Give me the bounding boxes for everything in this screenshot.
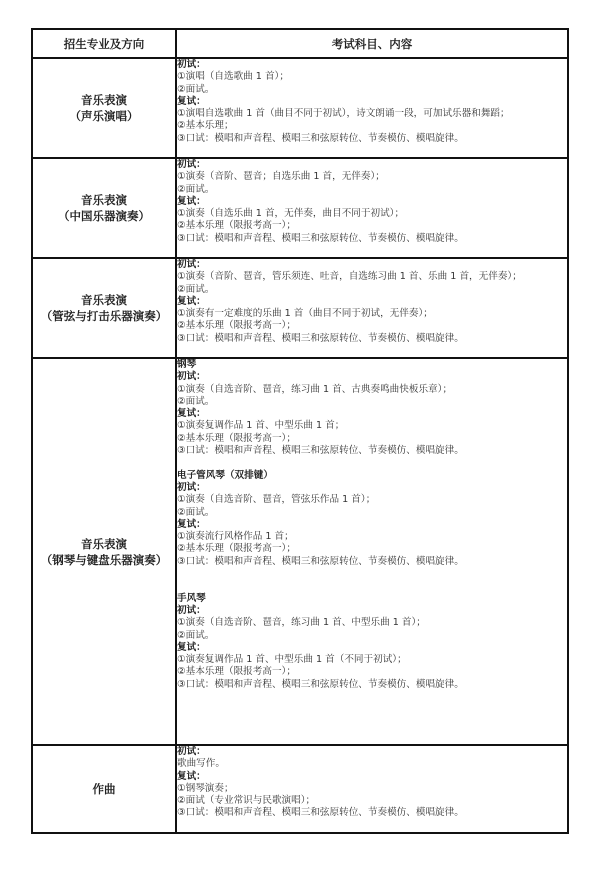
section-heading: 初试： [177, 59, 567, 71]
section-heading: 电子管风琴（双排键） [177, 470, 567, 482]
content-line: ③口试：模唱和声音程、模唱三和弦原转位、节奏模仿、模唱旋律。 [177, 445, 567, 457]
content-line: ①钢琴演奏； [177, 783, 567, 795]
major-label: （声乐演唱） [33, 108, 175, 124]
content-line: ①演唱自选歌曲 1 首（曲目不同于初试），诗文朗诵一段，可加试乐器和舞蹈； [177, 108, 567, 120]
section-heading: 初试： [177, 371, 567, 383]
content-line: ③口试：模唱和声音程、模唱三和弦原转位、节奏模仿、模唱旋律。 [177, 679, 567, 691]
content-line: ①演奏流行风格作品 1 首； [177, 531, 567, 543]
content-line: ①演奏复调作品 1 首、中型乐曲 1 首（不同于初试）； [177, 654, 567, 666]
major-label: （管弦与打击乐器演奏） [33, 308, 175, 324]
spacer [177, 457, 567, 469]
table-row: 音乐表演（钢琴与键盘乐器演奏）钢琴初试：①演奏（自选音阶、琶音，练习曲 1 首、… [32, 358, 568, 745]
section-heading: 初试： [177, 159, 567, 171]
section-heading: 复试： [177, 408, 567, 420]
major-label: （中国乐器演奏） [33, 208, 175, 224]
content-line: ②基本乐理（限报考高一）； [177, 220, 567, 232]
content-line: ①演奏复调作品 1 首、中型乐曲 1 首； [177, 420, 567, 432]
major-label: 音乐表演 [33, 192, 175, 208]
content-line: ②面试（专业常识与民歌演唱）； [177, 795, 567, 807]
content-line: ②基本乐理； [177, 120, 567, 132]
content-line: ②面试。 [177, 284, 567, 296]
content-line: 歌曲写作。 [177, 758, 567, 770]
header-major: 招生专业及方向 [32, 29, 176, 58]
major-label: 音乐表演 [33, 92, 175, 108]
content-line: ①演奏（音阶、琶音，管乐须连、吐音，自选练习曲 1 首、乐曲 1 首，无伴奏）； [177, 271, 567, 283]
exam-subjects-table: 招生专业及方向 考试科目、内容 音乐表演（声乐演唱）初试：①演唱（自选歌曲 1 … [31, 28, 569, 834]
section-heading: 初试： [177, 259, 567, 271]
table-row: 音乐表演（管弦与打击乐器演奏）初试：①演奏（音阶、琶音，管乐须连、吐音，自选练习… [32, 258, 568, 358]
major-label: 音乐表演 [33, 536, 175, 552]
content-line: ③口试：模唱和声音程、模唱三和弦原转位、节奏模仿、模唱旋律。 [177, 333, 567, 345]
section-heading: 复试： [177, 771, 567, 783]
section-heading: 复试： [177, 196, 567, 208]
header-content: 考试科目、内容 [176, 29, 568, 58]
section-heading: 钢琴 [177, 359, 567, 371]
content-line: ②面试。 [177, 396, 567, 408]
major-label: 音乐表演 [33, 292, 175, 308]
section-heading: 初试： [177, 746, 567, 758]
major-label: 作曲 [33, 781, 175, 797]
section-heading: 初试： [177, 605, 567, 617]
content-line: ③口试：模唱和声音程、模唱三和弦原转位、节奏模仿、模唱旋律。 [177, 556, 567, 568]
section-heading: 复试： [177, 519, 567, 531]
content-line: ③口试：模唱和声音程、模唱三和弦原转位、节奏模仿、模唱旋律。 [177, 233, 567, 245]
spacer [177, 568, 567, 593]
major-label: （钢琴与键盘乐器演奏） [33, 552, 175, 568]
content-cell: 钢琴初试：①演奏（自选音阶、琶音，练习曲 1 首、古典奏鸣曲快板乐章）；②面试。… [176, 358, 568, 745]
content-line: ②基本乐理（限报考高一）； [177, 433, 567, 445]
content-line: ③口试：模唱和声音程、模唱三和弦原转位、节奏模仿、模唱旋律。 [177, 133, 567, 145]
content-cell: 初试：①演奏（音阶、琶音，管乐须连、吐音，自选练习曲 1 首、乐曲 1 首，无伴… [176, 258, 568, 358]
section-heading: 复试： [177, 642, 567, 654]
table-header-row: 招生专业及方向 考试科目、内容 [32, 29, 568, 58]
content-line: ①演奏（音阶、琶音；自选乐曲 1 首，无伴奏）； [177, 171, 567, 183]
content-cell: 初试：歌曲写作。复试：①钢琴演奏；②面试（专业常识与民歌演唱）；③口试：模唱和声… [176, 745, 568, 833]
table-row: 音乐表演（中国乐器演奏）初试：①演奏（音阶、琶音；自选乐曲 1 首，无伴奏）；②… [32, 158, 568, 258]
content-cell: 初试：①演唱（自选歌曲 1 首）；②面试。复试：①演唱自选歌曲 1 首（曲目不同… [176, 58, 568, 158]
table-row: 作曲初试：歌曲写作。复试：①钢琴演奏；②面试（专业常识与民歌演唱）；③口试：模唱… [32, 745, 568, 833]
section-heading: 初试： [177, 482, 567, 494]
content-line: ①演唱（自选歌曲 1 首）； [177, 71, 567, 83]
major-cell: 音乐表演（管弦与打击乐器演奏） [32, 258, 176, 358]
content-line: ③口试：模唱和声音程、模唱三和弦原转位、节奏模仿、模唱旋律。 [177, 807, 567, 819]
major-cell: 音乐表演（钢琴与键盘乐器演奏） [32, 358, 176, 745]
section-heading: 复试： [177, 96, 567, 108]
content-line: ②基本乐理（限报考高一）； [177, 666, 567, 678]
section-heading: 手风琴 [177, 593, 567, 605]
content-line: ①演奏（自选音阶、琶音，管弦乐作品 1 首）； [177, 494, 567, 506]
table-row: 音乐表演（声乐演唱）初试：①演唱（自选歌曲 1 首）；②面试。复试：①演唱自选歌… [32, 58, 568, 158]
content-line: ①演奏有一定难度的乐曲 1 首（曲目不同于初试，无伴奏）； [177, 308, 567, 320]
content-line: ②基本乐理（限报考高一）； [177, 320, 567, 332]
major-cell: 作曲 [32, 745, 176, 833]
content-line: ②面试。 [177, 507, 567, 519]
content-line: ②面试。 [177, 84, 567, 96]
content-cell: 初试：①演奏（音阶、琶音；自选乐曲 1 首，无伴奏）；②面试。复试：①演奏（自选… [176, 158, 568, 258]
content-line: ②面试。 [177, 184, 567, 196]
major-cell: 音乐表演（声乐演唱） [32, 58, 176, 158]
content-line: ②面试。 [177, 630, 567, 642]
major-cell: 音乐表演（中国乐器演奏） [32, 158, 176, 258]
content-line: ①演奏（自选音阶、琶音，练习曲 1 首、古典奏鸣曲快板乐章）； [177, 384, 567, 396]
content-line: ②基本乐理（限报考高一）； [177, 543, 567, 555]
section-heading: 复试： [177, 296, 567, 308]
content-line: ①演奏（自选音阶、琶音，练习曲 1 首、中型乐曲 1 首）； [177, 617, 567, 629]
content-line: ①演奏（自选乐曲 1 首，无伴奏，曲目不同于初试）； [177, 208, 567, 220]
